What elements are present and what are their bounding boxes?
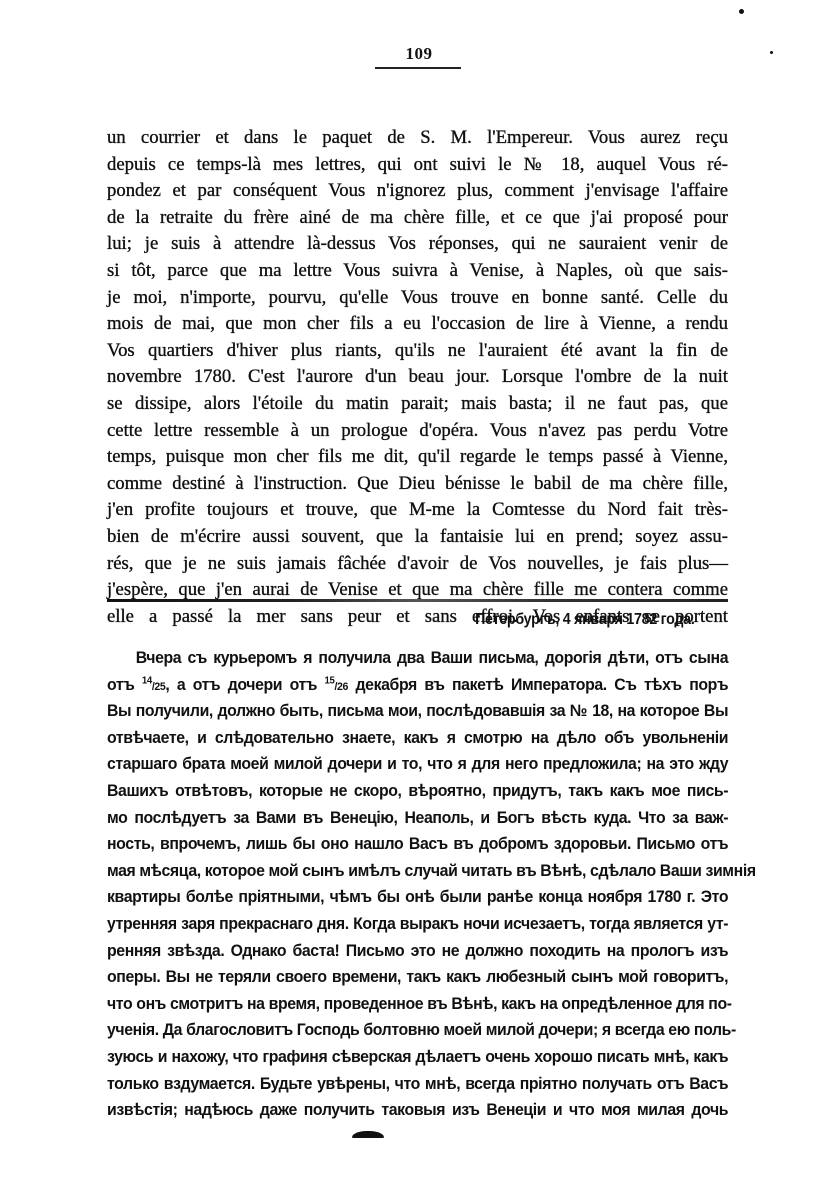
text-line: mois de mai, que mon cher fils a eu l'oc… — [107, 311, 728, 338]
text-line: lui; je suis à attendre là-dessus Vos ré… — [107, 231, 728, 258]
text-line: отвѣчаете, и слѣдовательно знаете, какъ … — [107, 725, 728, 752]
text-line-with-fractions: отъ 14/25, а отъ дочери отъ 15/26 декабр… — [107, 672, 728, 699]
text-line: зуюсь и нахожу, что графиня сѣверская дѣ… — [107, 1044, 728, 1071]
text-fragment: декабря въ пакетѣ Императора. Съ тѣхъ по… — [348, 676, 728, 694]
text-fragment: , а отъ дочери отъ — [165, 676, 324, 694]
text-line: ность, впрочемъ, лишь бы оно нашло Васъ … — [107, 831, 728, 858]
text-line: novembre 1780. C'est l'aurore d'un beau … — [107, 364, 728, 391]
text-fragment: отъ — [107, 676, 142, 694]
tailpiece-ornament — [352, 1131, 384, 1138]
text-line: что онъ смотритъ на время, проведенное в… — [107, 991, 728, 1018]
text-line: bien de m'écrire aussi souvent, que la f… — [107, 524, 728, 551]
text-line: un courrier et dans le paquet de S. M. l… — [107, 125, 728, 152]
text-line: утренняя заря прекраснаго дня. Когда выр… — [107, 911, 728, 938]
fraction-denominator: /25 — [152, 681, 166, 693]
text-line: ученія. Да благословитъ Господь болтовню… — [107, 1017, 728, 1044]
fraction-numerator: 14 — [142, 675, 152, 686]
text-line: temps, puisque mon cher fils me dit, qu'… — [107, 444, 728, 471]
text-line: мо послѣдуетъ за Вами въ Венецію, Неапол… — [107, 805, 728, 832]
text-line: только вздумается. Будьте увѣрены, что м… — [107, 1071, 728, 1098]
text-line: comme destiné à l'instruction. Que Dieu … — [107, 471, 728, 498]
fraction-numerator: 15 — [325, 675, 335, 686]
text-line: ренняя звѣзда. Однако баста! Письмо это … — [107, 938, 728, 965]
text-line: se dissipe, alors l'étoile du matin para… — [107, 391, 728, 418]
text-line: je moi, n'importe, pourvu, qu'elle Vous … — [107, 285, 728, 312]
text-line: старшаго брата моей милой дочери и то, ч… — [107, 751, 728, 778]
text-line: rés, que je ne suis jamais fâchée d'avoi… — [107, 551, 728, 578]
page-number-underline — [375, 67, 461, 69]
dateline: Петербургъ, 4 января 1782 года. — [476, 611, 695, 629]
text-line: Вашихъ отвѣтовъ, которые не скоро, вѣроя… — [107, 778, 728, 805]
text-line: cette lettre ressemble à un prologue d'o… — [107, 418, 728, 445]
french-text-block: un courrier et dans le paquet de S. M. l… — [107, 125, 728, 630]
page-number: 109 — [0, 44, 838, 64]
text-line: Vos quartiers d'hiver plus riants, qu'il… — [107, 338, 728, 365]
text-line: de la retraite du frère ainé de ma chère… — [107, 205, 728, 232]
text-line: si tôt, parce que ma lettre Vous suivra … — [107, 258, 728, 285]
fraction-denominator: /26 — [334, 681, 348, 693]
russian-text-block: Вчера съ курьеромъ я получила два Ваши п… — [107, 645, 728, 1124]
text-line: оперы. Вы не теряли своего времени, такъ… — [107, 964, 728, 991]
text-line: Вчера съ курьеромъ я получила два Ваши п… — [107, 645, 728, 672]
text-line: мая мѣсяца, которое мой сынъ имѣлъ случа… — [107, 858, 728, 885]
text-line: извѣстія; надѣюсь даже получить таковыя … — [107, 1097, 728, 1124]
text-line: depuis ce temps-là mes lettres, qui ont … — [107, 152, 728, 179]
text-line: квартиры болѣе пріятными, чѣмъ бы онѣ бы… — [107, 884, 728, 911]
section-divider — [107, 599, 728, 602]
text-line: j'en profite toujours et trouve, que M-m… — [107, 497, 728, 524]
scan-speck — [739, 9, 744, 14]
text-line: pondez et par conséquent Vous n'ignorez … — [107, 178, 728, 205]
text-line: Вы получили, должно быть, письма мои, по… — [107, 698, 728, 725]
